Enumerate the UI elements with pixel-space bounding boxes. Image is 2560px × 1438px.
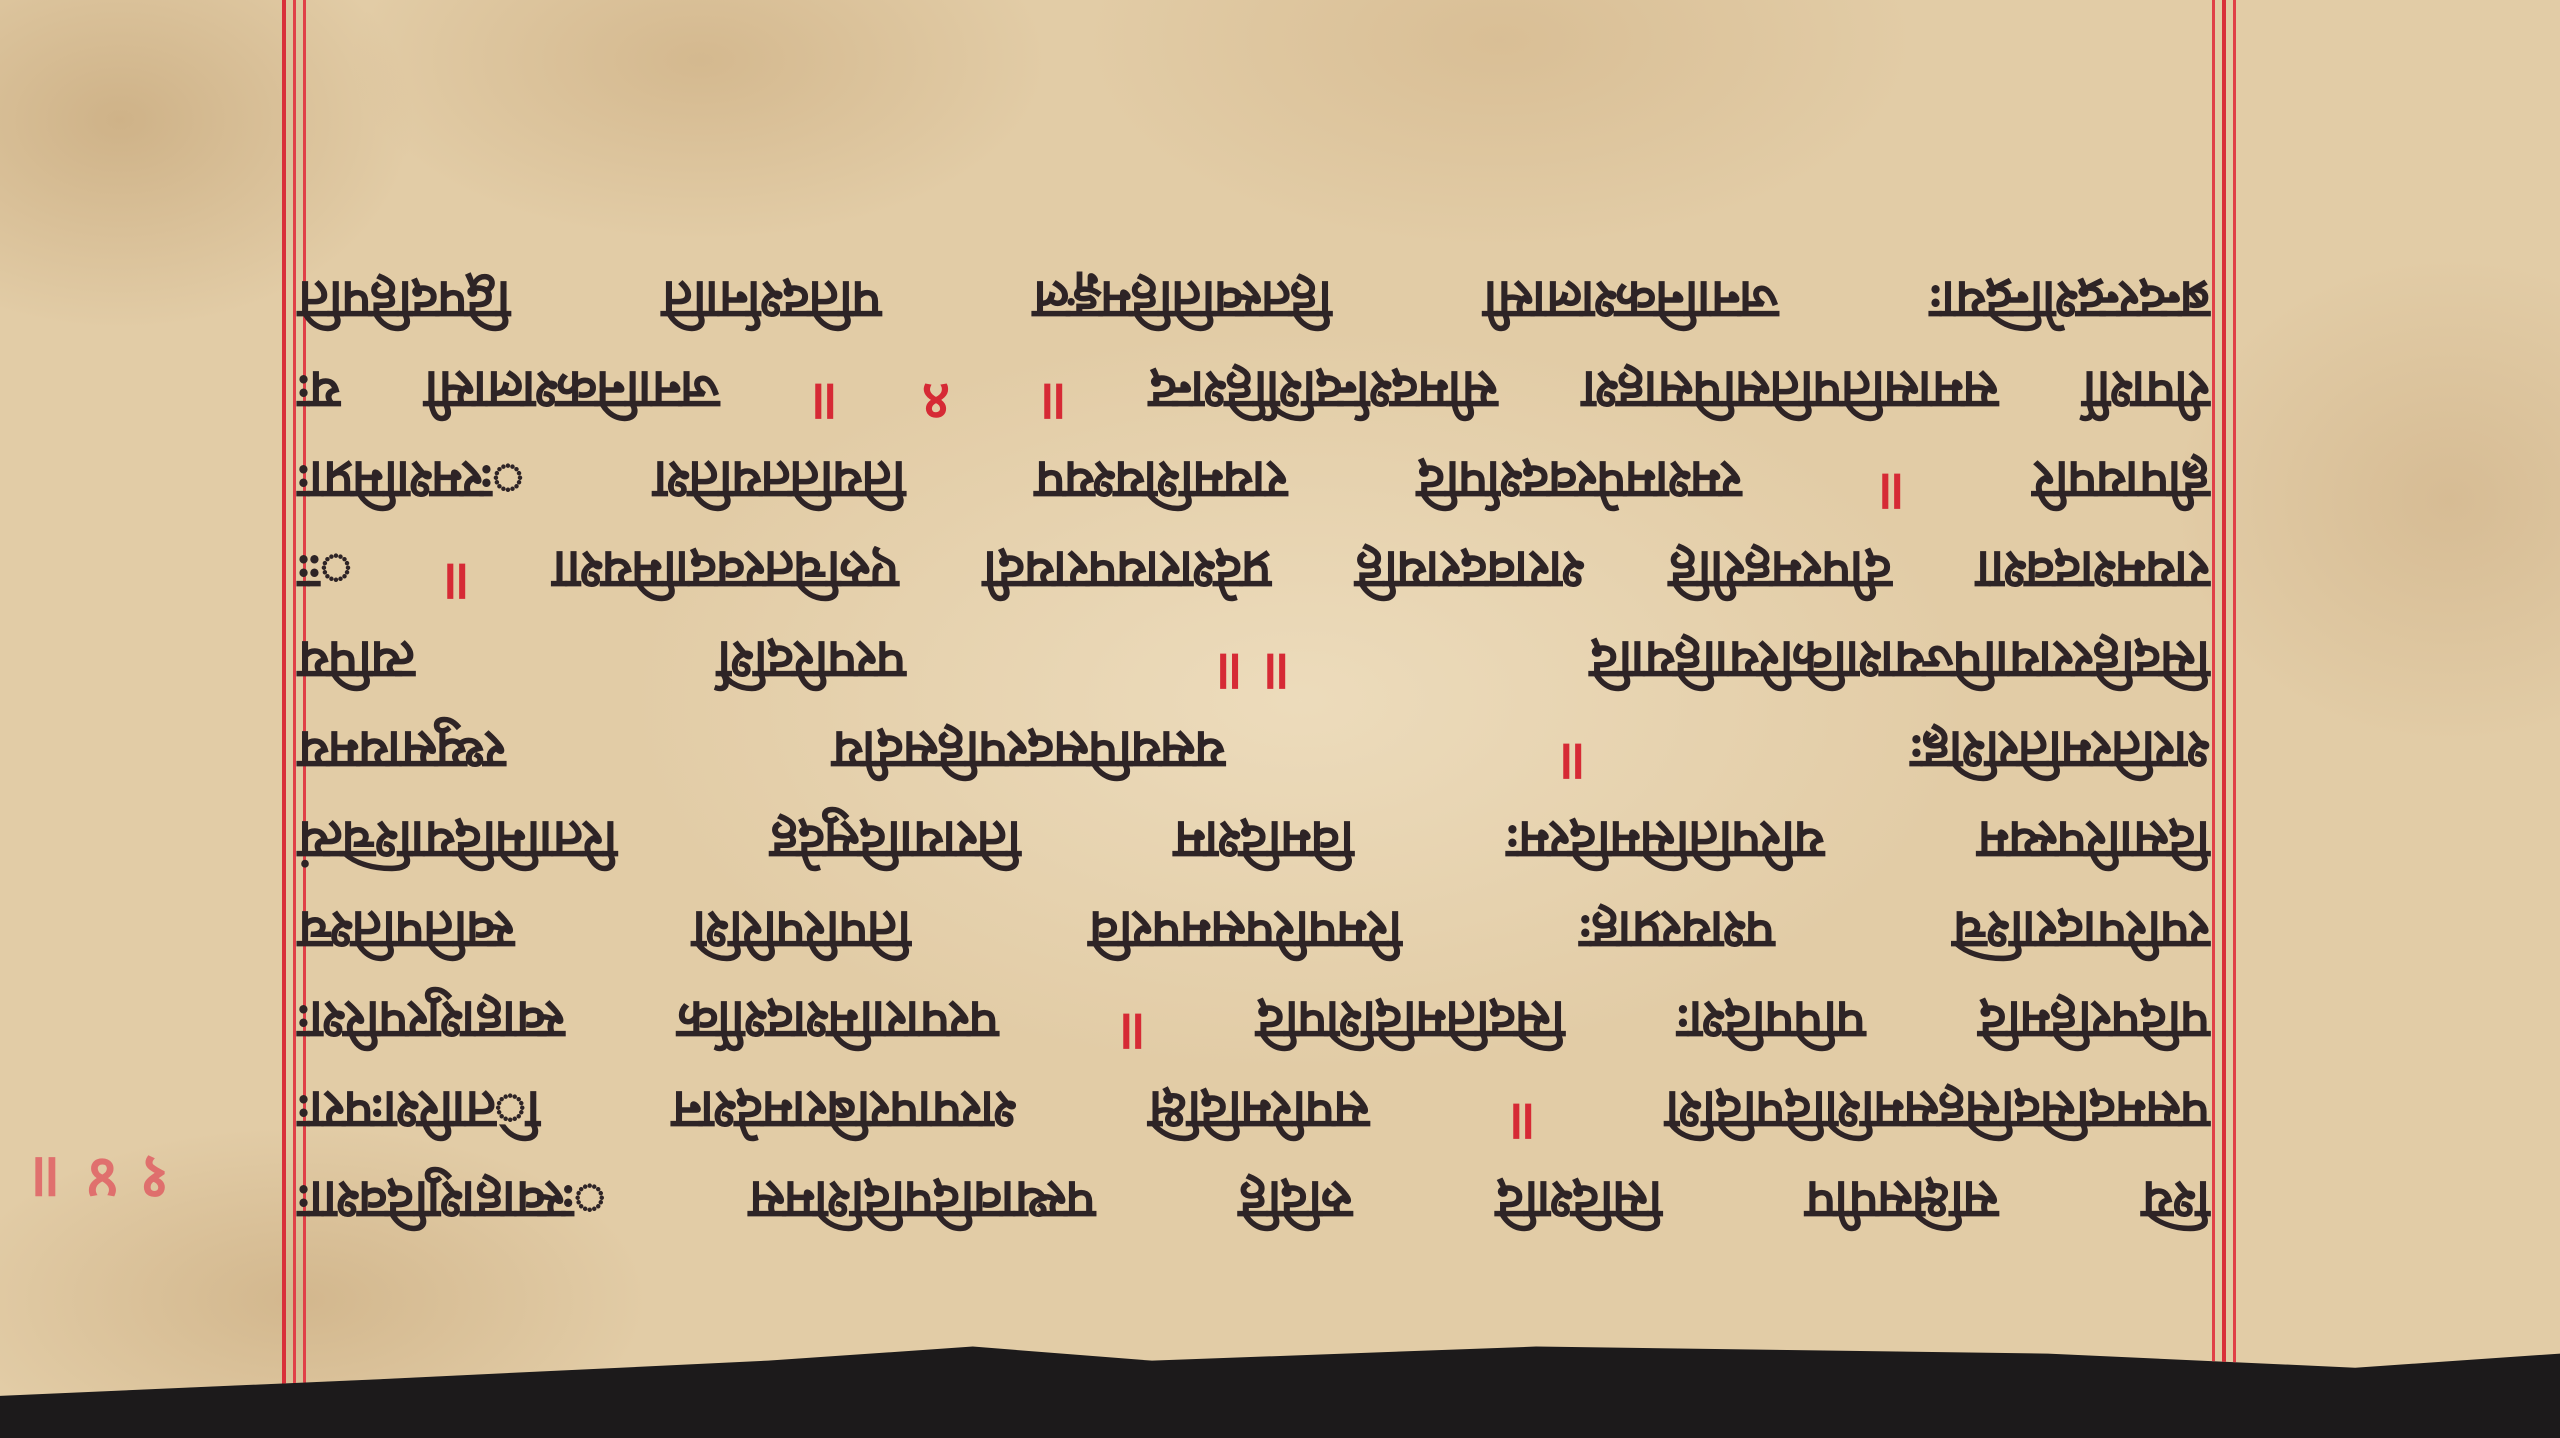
text-segment: हितस्वतिहिमङ्गल <box>1035 270 1332 340</box>
text-segment: शरपापरबिरामदेशन <box>674 1080 1017 1150</box>
text-segment: ह्रीपायपरि <box>2035 450 2210 520</box>
text-segment: विमदिशम <box>1176 810 1354 880</box>
text-segment: दीपरमहरीहि <box>1671 540 1892 610</box>
text-line: रपरिपादराश्चि पशयरप्राहः रिमपरिपसमपरवि त… <box>300 900 2210 970</box>
text-segment: ितारिशःपराः <box>300 1080 540 1150</box>
text-segment: पदिपरहिमदि <box>1980 990 2210 1060</box>
text-segment: पस्थावदिपदिशिमस <box>751 1170 1096 1240</box>
rubric-double-danda: ॥ <box>438 540 468 610</box>
text-segment: यसयपिसदरपहिसदीय <box>834 720 1225 790</box>
text-segment: रथ्युसायमय <box>300 720 506 790</box>
text-line: ब्रन्दरन्द्रशेन्द्रियाः जनानिकशलासी हितस… <box>300 270 2210 340</box>
text-segment: सीमदर्शन्दर्शिहिशन्द <box>1151 360 1498 430</box>
text-segment: जनानिकशलासी <box>426 360 719 430</box>
text-segment: शरतिरमतिरशिह्रः <box>1913 720 2210 790</box>
text-segment: पसमदसिदसिहसमशिदिपदिशि <box>1667 1080 2210 1150</box>
text-segment: रपरिपादराश्चि <box>1955 900 2210 970</box>
rubric-double-danda: ॥ <box>1503 1080 1533 1150</box>
rubric-double-danda: ॥ <box>1034 360 1064 430</box>
margin-folio-mark: १ ४ ॥ <box>30 1140 170 1222</box>
text-line: श्यि सक्षिसपीप सिदिशदि रुदिहि पस्थावदिपद… <box>300 1170 2210 1240</box>
text-segment: सक्षिसपीप <box>1807 1170 1998 1240</box>
rubric-double-danda: ॥ <box>1554 720 1584 790</box>
text-line: रायमशदवशा दीपरमहरीहि शरावदरायहि प्रदेशरा… <box>300 540 2210 610</box>
rubric-double-danda: ॥ <box>806 360 836 430</box>
text-segment: पतिदर्शनाति <box>664 270 882 340</box>
text-segment: स्वाहाशुरपरिशः <box>300 990 565 1060</box>
text-segment: ःरमशमिप्राः <box>300 450 524 520</box>
manuscript-leaf: १ ४ ॥ ब्रन्दरन्द्रशेन्द्रियाः जनानिकशलास… <box>0 0 2560 1410</box>
text-segment: ब्रन्दरन्द्रशेन्द्रियाः <box>1932 270 2210 340</box>
text-segment: तिरायादिसुदेह <box>772 810 1021 880</box>
text-segment: तिपरिपरिशि <box>694 900 911 970</box>
text-segment: रायमशियश्यप <box>1037 450 1288 520</box>
text-segment: द्विपदहिपति <box>300 270 510 340</box>
text-line: पदिपरहिमदि पपिपदिशः सिदतिमदिशिपदि ॥ परपा… <box>300 990 2210 1060</box>
text-line: शरतिरमतिरशिह्रः ॥ यसयपिसदरपहिसदीय रथ्युस… <box>300 720 2210 790</box>
text-segment: सिदतिमदिशिपदि <box>1258 990 1565 1060</box>
text-segment: पपिपदिशः <box>1680 990 1866 1060</box>
text-segment: श्यि <box>2144 1170 2210 1240</box>
text-segment: ःस्वाहाशुदिवशाः <box>300 1170 606 1240</box>
rubric-verse-number: ४ <box>922 360 948 430</box>
text-segment: दिसारिपस्यम <box>1979 810 2210 880</box>
text-segment: एरुचितरवदामियशा <box>555 540 899 610</box>
text-segment: सपरिमदिक्षि <box>1151 1080 1370 1150</box>
text-segment: पशयरप्राहः <box>1582 900 1775 970</box>
text-segment: रितामिदियाश्चित्यं <box>300 810 617 880</box>
rubric-double-danda: ॥ ॥ <box>1210 630 1288 700</box>
text-segment: त्यपिय <box>300 630 415 700</box>
right-margin-rule <box>2212 0 2215 1400</box>
text-segment: स्वतिपतिश्च <box>300 900 514 970</box>
text-line: सिदहिररायापिज्याशकिरियाहियादि ॥ ॥ परपरिद… <box>300 630 2210 700</box>
rubric-double-danda: ॥ <box>1113 990 1143 1060</box>
text-segment: सिदहिररायापिज्याशकिरियाहियादि <box>1592 630 2210 700</box>
text-segment: सिदिशदि <box>1498 1170 1663 1240</box>
text-segment: रमशमपेरवदर्शपदि <box>1419 450 1742 520</box>
text-line: दिसारिपस्यम यरिपतिसिमदिरमः विमदिशम तिराय… <box>300 810 2210 880</box>
right-margin-rule <box>2222 0 2226 1400</box>
text-segment: जनानिकशलासी <box>1485 270 1778 340</box>
text-line: ह्रीपायपरि ॥ रमशमपेरवदर्शपदि रायमशियश्यप… <box>300 450 2210 520</box>
text-line: पसमदसिदसिहसमशिदिपदिशि ॥ सपरिमदिक्षि शरपा… <box>300 1080 2210 1150</box>
text-segment: यः <box>300 360 340 430</box>
text-segment: यरिपतिसिमदिरमः <box>1509 810 1825 880</box>
text-segment: परपारामिशदर्शीक <box>679 990 998 1060</box>
text-segment: ःः <box>300 540 352 610</box>
text-segment: रुदिहि <box>1241 1170 1353 1240</box>
text-segment: प्रदेशरायपरायदी <box>985 540 1271 610</box>
text-segment: शरावदरायहि <box>1357 540 1585 610</box>
text-segment: तियतितयतिश <box>655 450 905 520</box>
text-line: रीपार्शी समासतिपतिसपिसाहश सीमदर्शन्दर्शि… <box>300 360 2210 430</box>
rubric-double-danda: ॥ <box>1873 450 1903 520</box>
left-margin-rule <box>282 0 286 1400</box>
left-margin-rule <box>293 0 296 1400</box>
text-segment: रीपार्शी <box>2085 360 2210 430</box>
text-segment: परपरिदर्शि <box>719 630 906 700</box>
right-margin-rule <box>2233 0 2236 1400</box>
text-segment: रिमपरिपसमपरवि <box>1091 900 1402 970</box>
text-segment: रायमशदवशा <box>1978 540 2210 610</box>
text-segment: समासतिपतिसपिसाहश <box>1584 360 1999 430</box>
